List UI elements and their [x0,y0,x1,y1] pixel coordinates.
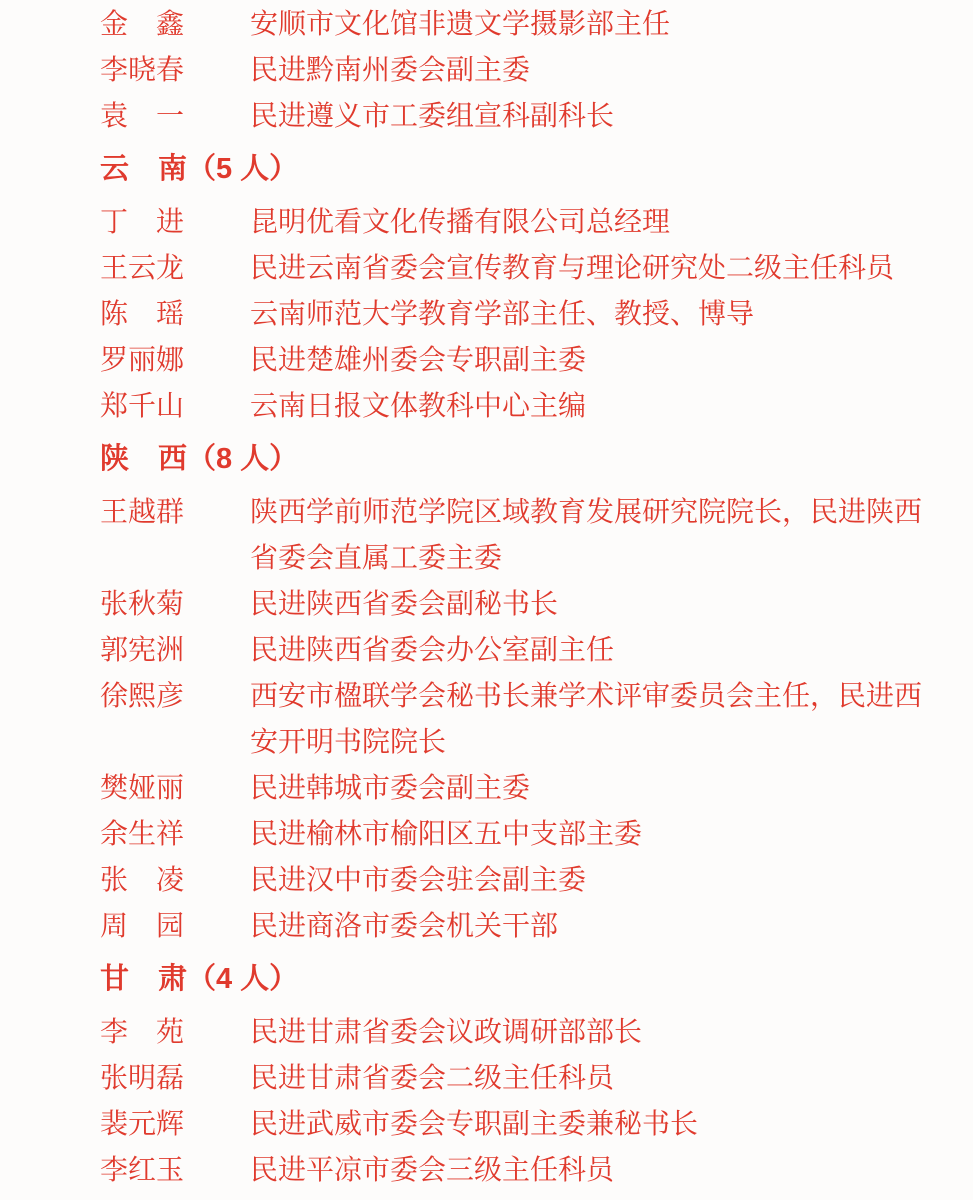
person-title: 民进黔南州委会副主委 [250,48,940,94]
list-item: 丁 进 昆明优看文化传播有限公司总经理 [100,200,940,246]
person-name: 周 园 [100,904,250,950]
person-title: 陕西学前师范学院区域教育发展研究院院长，民进陕西 省委会直属工委主委 [250,490,940,582]
person-name: 李晓春 [100,48,250,94]
person-name: 丁 进 [100,200,250,246]
person-title: 民进陕西省委会副秘书长 [250,582,940,628]
person-title: 民进遵义市工委组宣科副科长 [250,94,940,140]
person-title: 民进榆林市榆阳区五中支部主委 [250,812,940,858]
person-name: 徐熙彦 [100,674,250,720]
person-name: 郭宪洲 [100,628,250,674]
person-title: 民进平凉市委会三级主任科员 [250,1148,940,1194]
list-item: 张秋菊 民进陕西省委会副秘书长 [100,582,940,628]
list-item: 王越群 陕西学前师范学院区域教育发展研究院院长，民进陕西 省委会直属工委主委 [100,490,940,582]
list-item: 徐熙彦 西安市楹联学会秘书长兼学术评审委员会主任，民进西 安开明书院院长 [100,674,940,766]
section-header-yunnan: 云 南（5 人） [100,146,940,192]
person-name: 张秋菊 [100,582,250,628]
list-item: 李 苑 民进甘肃省委会议政调研部部长 [100,1010,940,1056]
person-title: 民进汉中市委会驻会副主委 [250,858,940,904]
person-title: 民进甘肃省委会二级主任科员 [250,1056,940,1102]
person-title: 民进武威市委会专职副主委兼秘书长 [250,1102,940,1148]
person-title: 昆明优看文化传播有限公司总经理 [250,200,940,246]
person-name: 张明磊 [100,1056,250,1102]
list-item: 郑千山 云南日报文体教科中心主编 [100,384,940,430]
person-name: 王云龙 [100,246,250,292]
list-item: 郭宪洲 民进陕西省委会办公室副主任 [100,628,940,674]
person-title: 安顺市文化馆非遗文学摄影部主任 [250,2,940,48]
person-title: 民进陕西省委会办公室副主任 [250,628,940,674]
list-item: 李晓春 民进黔南州委会副主委 [100,48,940,94]
list-item: 李红玉 民进平凉市委会三级主任科员 [100,1148,940,1194]
list-item: 裴元辉 民进武威市委会专职副主委兼秘书长 [100,1102,940,1148]
person-name: 樊娅丽 [100,766,250,812]
list-item: 王云龙 民进云南省委会宣传教育与理论研究处二级主任科员 [100,246,940,292]
person-name: 郑千山 [100,384,250,430]
section-header-gansu: 甘 肃（4 人） [100,956,940,1002]
person-title: 云南日报文体教科中心主编 [250,384,940,430]
list-item: 周 园 民进商洛市委会机关干部 [100,904,940,950]
person-title: 西安市楹联学会秘书长兼学术评审委员会主任，民进西 安开明书院院长 [250,674,940,766]
list-item: 樊娅丽 民进韩城市委会副主委 [100,766,940,812]
list-item: 陈 瑶 云南师范大学教育学部主任、教授、博导 [100,292,940,338]
person-title: 民进韩城市委会副主委 [250,766,940,812]
person-title: 民进甘肃省委会议政调研部部长 [250,1010,940,1056]
person-name: 金 鑫 [100,2,250,48]
list-item: 张 凌 民进汉中市委会驻会副主委 [100,858,940,904]
list-item: 金 鑫 安顺市文化馆非遗文学摄影部主任 [100,2,940,48]
person-title: 云南师范大学教育学部主任、教授、博导 [250,292,940,338]
list-item: 张明磊 民进甘肃省委会二级主任科员 [100,1056,940,1102]
person-name: 陈 瑶 [100,292,250,338]
list-item: 罗丽娜 民进楚雄州委会专职副主委 [100,338,940,384]
list-item: 袁 一 民进遵义市工委组宣科副科长 [100,94,940,140]
person-title: 民进商洛市委会机关干部 [250,904,940,950]
section-header-shaanxi: 陕 西（8 人） [100,436,940,482]
list-item: 余生祥 民进榆林市榆阳区五中支部主委 [100,812,940,858]
person-title: 民进云南省委会宣传教育与理论研究处二级主任科员 [250,246,940,292]
person-name: 罗丽娜 [100,338,250,384]
person-name: 李红玉 [100,1148,250,1194]
person-title: 民进楚雄州委会专职副主委 [250,338,940,384]
person-name: 裴元辉 [100,1102,250,1148]
document-page: 金 鑫 安顺市文化馆非遗文学摄影部主任 李晓春 民进黔南州委会副主委 袁 一 民… [0,0,973,1194]
person-name: 袁 一 [100,94,250,140]
person-name: 李 苑 [100,1010,250,1056]
person-name: 余生祥 [100,812,250,858]
person-name: 王越群 [100,490,250,536]
person-name: 张 凌 [100,858,250,904]
